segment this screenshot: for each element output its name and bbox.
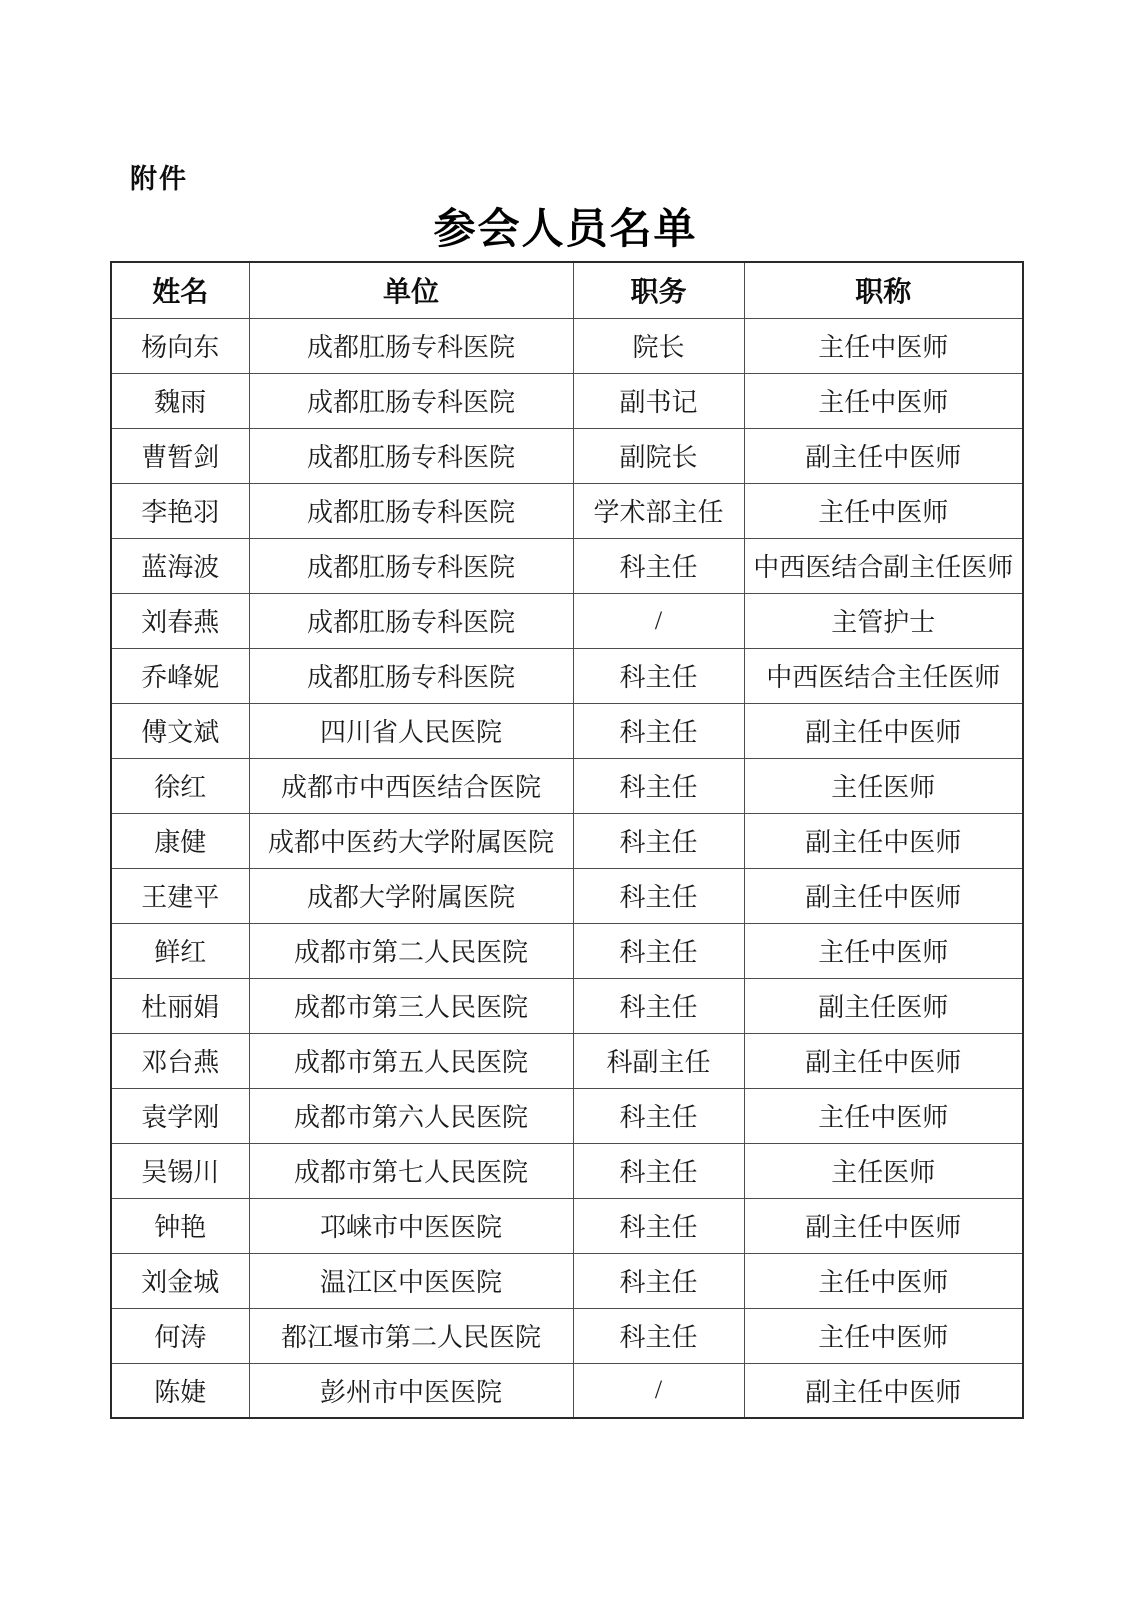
table-row: 杨向东成都肛肠专科医院院长主任中医师 [111,318,1023,373]
table-row: 乔峰妮成都肛肠专科医院科主任中西医结合主任医师 [111,648,1023,703]
name-cell: 何涛 [111,1308,249,1363]
position-cell: 科主任 [573,813,744,868]
name-cell: 李艳羽 [111,483,249,538]
name-cell: 魏雨 [111,373,249,428]
position-cell: 科主任 [573,703,744,758]
table-row: 魏雨成都肛肠专科医院副书记主任中医师 [111,373,1023,428]
professional-title-cell: 主任医师 [744,1143,1023,1198]
professional-title-cell: 中西医结合主任医师 [744,648,1023,703]
organization-cell: 成都市第七人民医院 [249,1143,573,1198]
name-cell: 杨向东 [111,318,249,373]
professional-title-cell: 主任中医师 [744,373,1023,428]
professional-title-cell: 主任中医师 [744,318,1023,373]
name-cell: 蓝海波 [111,538,249,593]
professional-title-cell: 主管护士 [744,593,1023,648]
organization-cell: 成都肛肠专科医院 [249,593,573,648]
position-cell: 科主任 [573,758,744,813]
position-cell: 科主任 [573,923,744,978]
position-cell: 科主任 [573,1198,744,1253]
organization-cell: 成都中医药大学附属医院 [249,813,573,868]
organization-cell: 成都市第三人民医院 [249,978,573,1033]
name-cell: 邓台燕 [111,1033,249,1088]
organization-cell: 成都大学附属医院 [249,868,573,923]
position-cell: 副院长 [573,428,744,483]
table-row: 邓台燕成都市第五人民医院科副主任副主任中医师 [111,1033,1023,1088]
name-cell: 徐红 [111,758,249,813]
position-cell: 科主任 [573,1143,744,1198]
position-cell: / [573,1363,744,1418]
position-cell: / [573,593,744,648]
position-cell: 副书记 [573,373,744,428]
organization-cell: 成都市第二人民医院 [249,923,573,978]
organization-cell: 成都肛肠专科医院 [249,483,573,538]
attachment-label: 附件 [130,157,188,196]
table-row: 鲜红成都市第二人民医院科主任主任中医师 [111,923,1023,978]
table-header: 姓名 单位 职务 职称 [111,262,1023,318]
organization-cell: 邛崃市中医医院 [249,1198,573,1253]
organization-cell: 温江区中医医院 [249,1253,573,1308]
table-row: 刘春燕成都肛肠专科医院/主管护士 [111,593,1023,648]
table-row: 钟艳邛崃市中医医院科主任副主任中医师 [111,1198,1023,1253]
column-header-organization: 单位 [249,262,573,318]
table-body: 杨向东成都肛肠专科医院院长主任中医师魏雨成都肛肠专科医院副书记主任中医师曹暂剑成… [111,318,1023,1418]
organization-cell: 成都市第五人民医院 [249,1033,573,1088]
professional-title-cell: 副主任中医师 [744,1033,1023,1088]
professional-title-cell: 中西医结合副主任医师 [744,538,1023,593]
organization-cell: 成都肛肠专科医院 [249,428,573,483]
table-row: 吴锡川成都市第七人民医院科主任主任医师 [111,1143,1023,1198]
organization-cell: 彭州市中医医院 [249,1363,573,1418]
name-cell: 傅文斌 [111,703,249,758]
position-cell: 科主任 [573,648,744,703]
position-cell: 院长 [573,318,744,373]
position-cell: 科主任 [573,538,744,593]
name-cell: 乔峰妮 [111,648,249,703]
professional-title-cell: 主任中医师 [744,923,1023,978]
table-row: 李艳羽成都肛肠专科医院学术部主任主任中医师 [111,483,1023,538]
table-row: 康健成都中医药大学附属医院科主任副主任中医师 [111,813,1023,868]
position-cell: 科主任 [573,868,744,923]
table-row: 杜丽娟成都市第三人民医院科主任副主任医师 [111,978,1023,1033]
name-cell: 曹暂剑 [111,428,249,483]
name-cell: 杜丽娟 [111,978,249,1033]
professional-title-cell: 副主任医师 [744,978,1023,1033]
column-header-name: 姓名 [111,262,249,318]
table-row: 徐红成都市中西医结合医院科主任主任医师 [111,758,1023,813]
table-row: 陈婕彭州市中医医院/副主任中医师 [111,1363,1023,1418]
professional-title-cell: 主任中医师 [744,1253,1023,1308]
professional-title-cell: 副主任中医师 [744,868,1023,923]
name-cell: 王建平 [111,868,249,923]
organization-cell: 四川省人民医院 [249,703,573,758]
name-cell: 吴锡川 [111,1143,249,1198]
name-cell: 钟艳 [111,1198,249,1253]
organization-cell: 成都肛肠专科医院 [249,318,573,373]
table-row: 袁学刚成都市第六人民医院科主任主任中医师 [111,1088,1023,1143]
table-row: 王建平成都大学附属医院科主任副主任中医师 [111,868,1023,923]
professional-title-cell: 主任中医师 [744,483,1023,538]
name-cell: 康健 [111,813,249,868]
organization-cell: 成都市第六人民医院 [249,1088,573,1143]
name-cell: 鲜红 [111,923,249,978]
professional-title-cell: 主任中医师 [744,1308,1023,1363]
professional-title-cell: 副主任中医师 [744,1198,1023,1253]
position-cell: 科主任 [573,1253,744,1308]
table-row: 蓝海波成都肛肠专科医院科主任中西医结合副主任医师 [111,538,1023,593]
page-title: 参会人员名单 [0,196,1131,256]
professional-title-cell: 副主任中医师 [744,703,1023,758]
name-cell: 陈婕 [111,1363,249,1418]
table-row: 刘金城温江区中医医院科主任主任中医师 [111,1253,1023,1308]
professional-title-cell: 副主任中医师 [744,1363,1023,1418]
organization-cell: 成都市中西医结合医院 [249,758,573,813]
table-row: 傅文斌四川省人民医院科主任副主任中医师 [111,703,1023,758]
column-header-position: 职务 [573,262,744,318]
column-header-professional-title: 职称 [744,262,1023,318]
position-cell: 科主任 [573,978,744,1033]
name-cell: 袁学刚 [111,1088,249,1143]
professional-title-cell: 副主任中医师 [744,428,1023,483]
position-cell: 科主任 [573,1088,744,1143]
organization-cell: 都江堰市第二人民医院 [249,1308,573,1363]
organization-cell: 成都肛肠专科医院 [249,648,573,703]
header-row: 姓名 单位 职务 职称 [111,262,1023,318]
organization-cell: 成都肛肠专科医院 [249,538,573,593]
professional-title-cell: 主任中医师 [744,1088,1023,1143]
organization-cell: 成都肛肠专科医院 [249,373,573,428]
document-page: 附件 参会人员名单 姓名 单位 职务 职称 杨向东成都肛肠专科医院院长主任中医师… [0,0,1131,1600]
position-cell: 学术部主任 [573,483,744,538]
position-cell: 科副主任 [573,1033,744,1088]
table-row: 何涛都江堰市第二人民医院科主任主任中医师 [111,1308,1023,1363]
professional-title-cell: 主任医师 [744,758,1023,813]
position-cell: 科主任 [573,1308,744,1363]
professional-title-cell: 副主任中医师 [744,813,1023,868]
name-cell: 刘春燕 [111,593,249,648]
table-row: 曹暂剑成都肛肠专科医院副院长副主任中医师 [111,428,1023,483]
participants-table: 姓名 单位 职务 职称 杨向东成都肛肠专科医院院长主任中医师魏雨成都肛肠专科医院… [110,261,1024,1419]
name-cell: 刘金城 [111,1253,249,1308]
